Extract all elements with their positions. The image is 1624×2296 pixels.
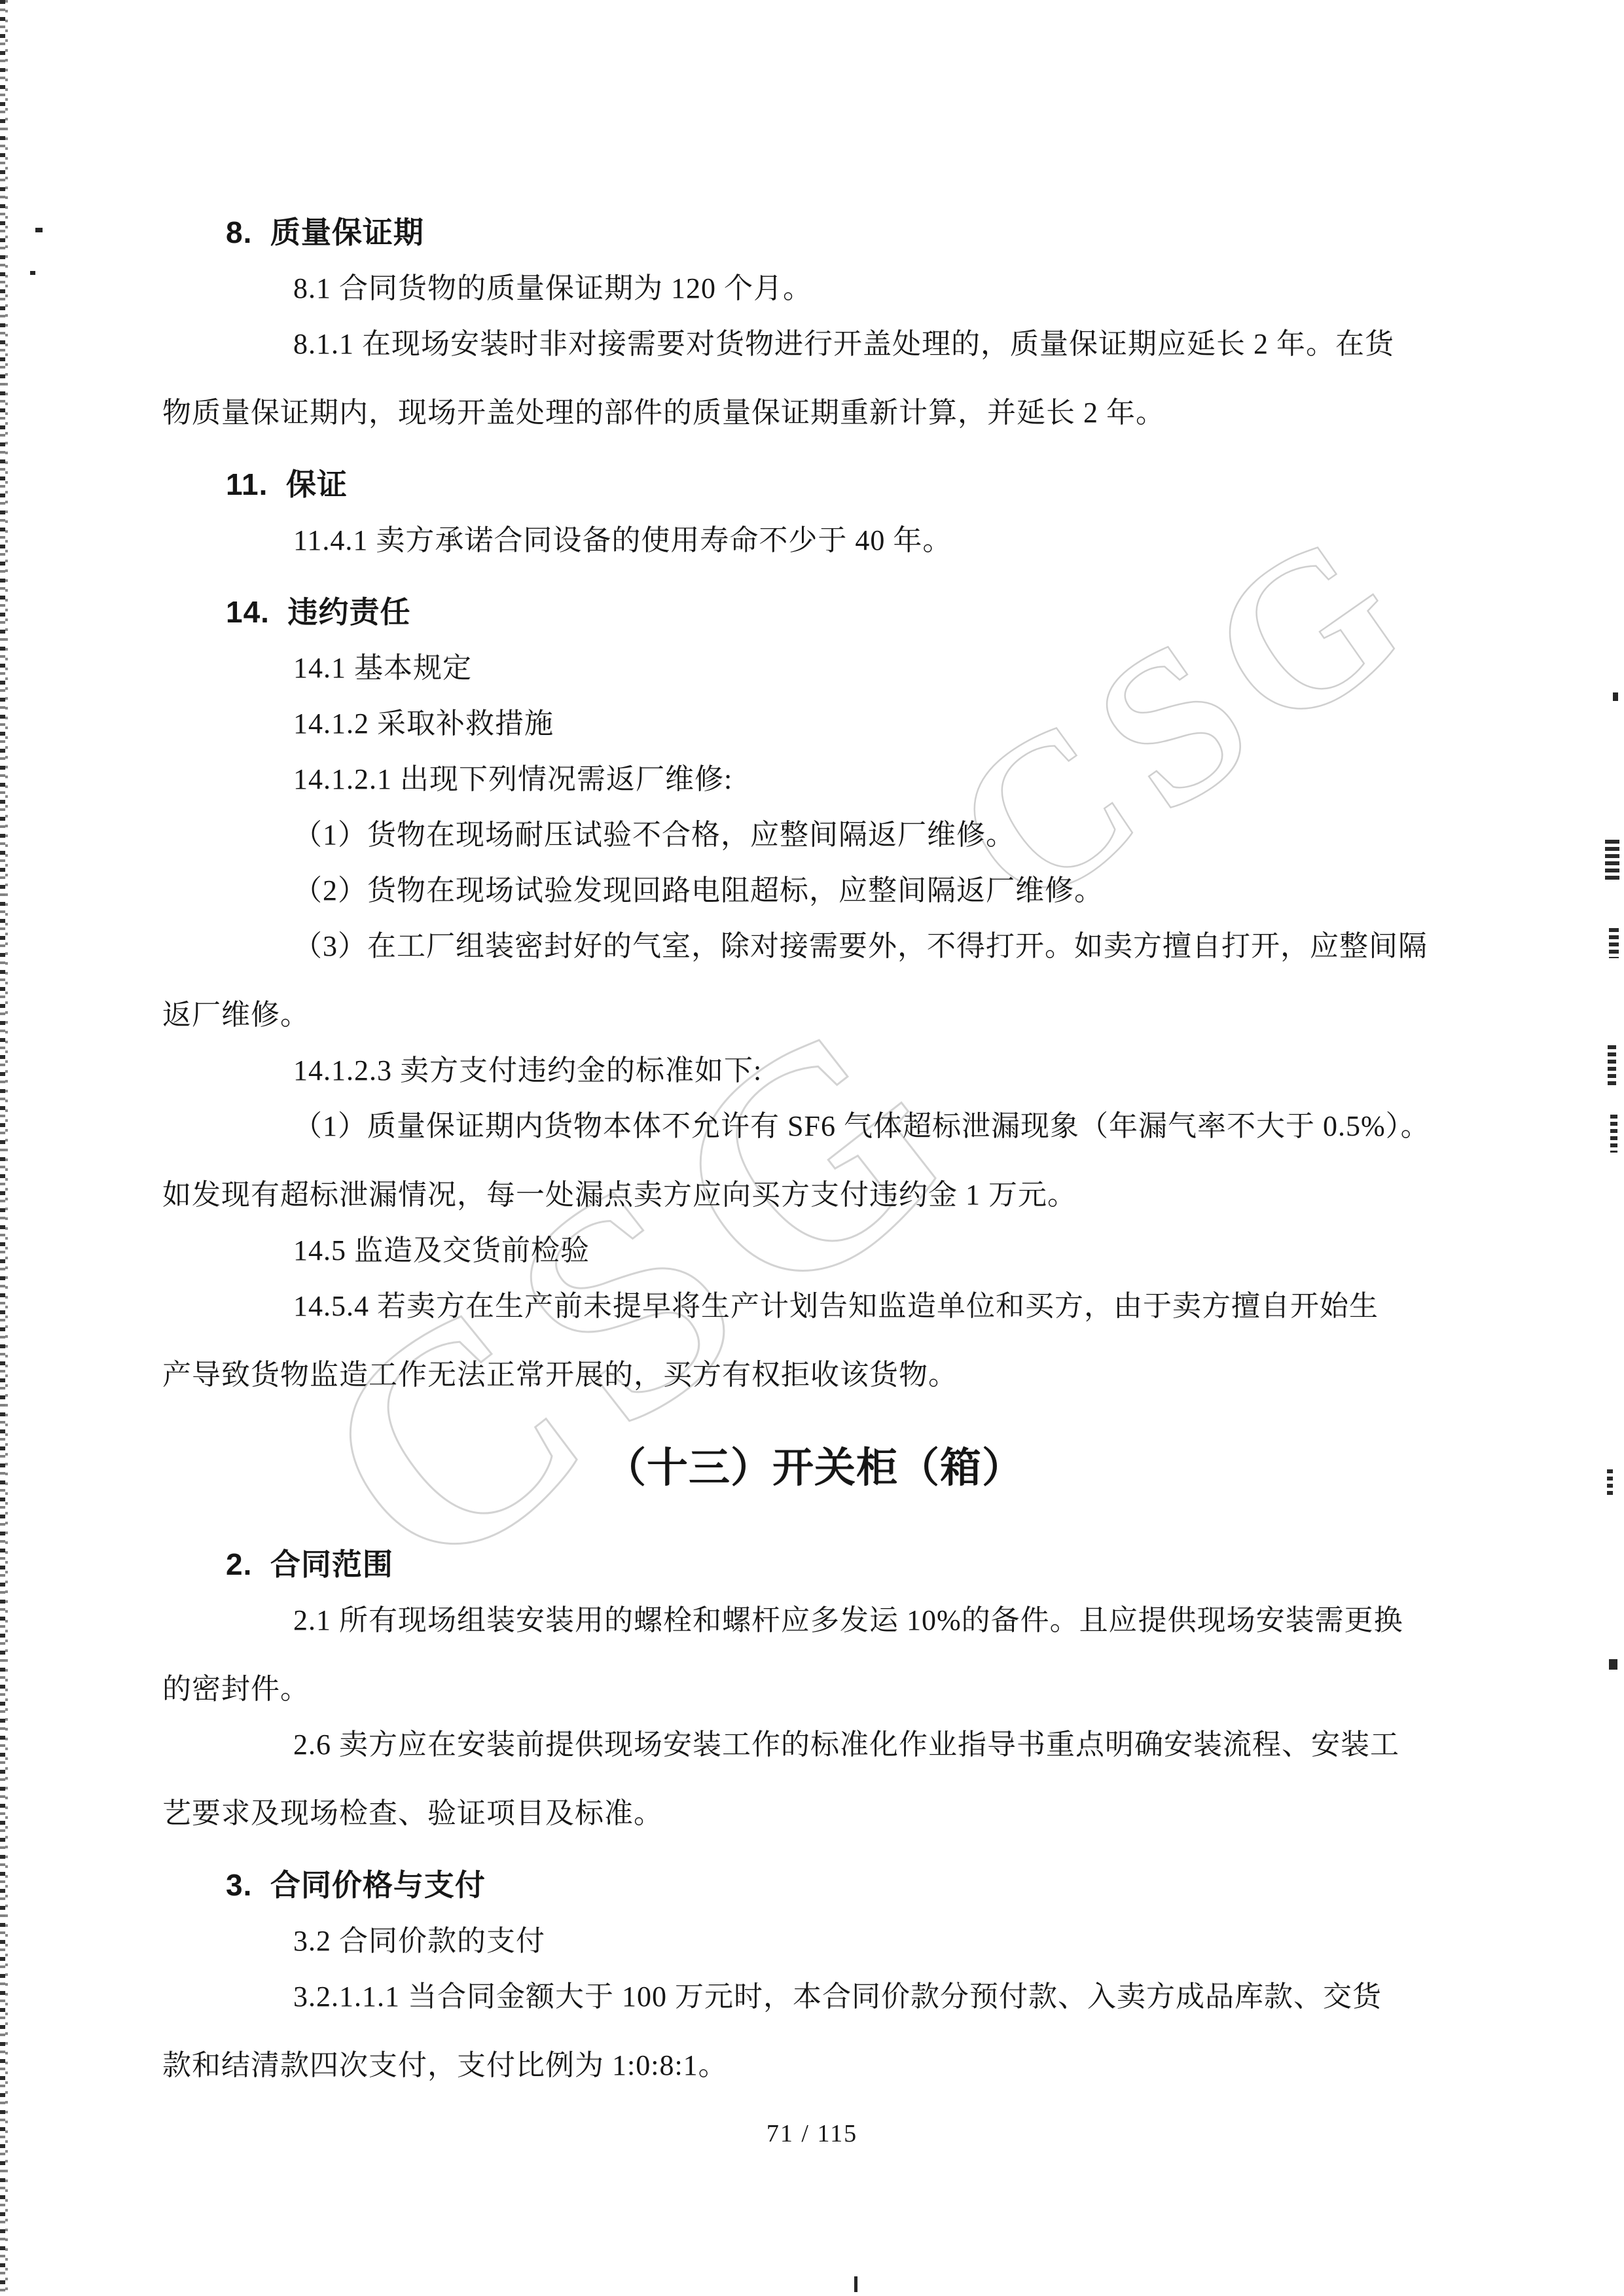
text-line: （3）在工厂组装密封好的气室，除对接需要外，不得打开。如卖方擅自打开，应整间隔 [162,918,1466,974]
text-line: 14.1 基本规定 [162,640,1466,696]
text-line: 14.1.2 采取补救措施 [162,696,1466,751]
text-line: 8.1 合同货物的质量保证期为 120 个月。 [162,260,1466,316]
scan-artifact [1605,840,1619,882]
scan-edge-noise [0,0,9,2296]
scan-artifact [1613,692,1618,701]
text-line: 2.1 所有现场组装安装用的螺栓和螺杆应多发运 10%的备件。且应提供现场安装需… [162,1592,1466,1648]
document-lines: 8. 质量保证期8.1 合同货物的质量保证期为 120 个月。8.1.1 在现场… [162,205,1466,2093]
text-line: 2.6 卖方应在安装前提供现场安装工作的标准化作业指导书重点明确安装流程、安装工 [162,1717,1466,1772]
section-heading: 14. 违约责任 [162,584,1466,640]
scan-artifact [30,271,35,275]
section-heading: 11. 保证 [162,457,1466,512]
text-line: 14.5.4 若卖方在生产前未提早将生产计划告知监造单位和买方，由于卖方擅自开始… [162,1278,1466,1334]
scan-artifact [1607,1469,1613,1497]
text-line: 11.4.1 卖方承诺合同设备的使用寿命不少于 40 年。 [162,512,1466,568]
scan-artifact [1609,928,1619,958]
text-line: 14.5 监造及交货前检验 [162,1223,1466,1278]
text-line: 如发现有超标泄漏情况，每一处漏点卖方应向买方支付违约金 1 万元。 [162,1167,1466,1223]
page-number: 71 / 115 [0,2119,1624,2148]
text-line: （1）质量保证期内货物本体不允许有 SF6 气体超标泄漏现象（年漏气率不大于 0… [162,1098,1466,1154]
text-line: （1）货物在现场耐压试验不合格，应整间隔返厂维修。 [162,807,1466,863]
text-line: 返厂维修。 [162,987,1466,1043]
section-heading: 8. 质量保证期 [162,205,1466,260]
section-heading: 3. 合同价格与支付 [162,1857,1466,1913]
text-line: 8.1.1 在现场安装时非对接需要对货物进行开盖处理的，质量保证期应延长 2 年… [162,316,1466,372]
scan-artifact [1609,1659,1617,1670]
section-heading: 2. 合同范围 [162,1537,1466,1592]
scan-artifact [1610,1115,1617,1153]
text-line: 物质量保证期内，现场开盖处理的部件的质量保证期重新计算，并延长 2 年。 [162,385,1466,440]
document-page: CSG CSG 8. 质量保证期8.1 合同货物的质量保证期为 120 个月。8… [0,0,1624,2296]
scan-artifact [35,228,43,232]
text-line: （2）货物在现场试验发现回路电阻超标，应整间隔返厂维修。 [162,863,1466,918]
text-line: 14.1.2.1 出现下列情况需返厂维修: [162,751,1466,807]
text-line: 的密封件。 [162,1661,1466,1717]
scan-artifact [1608,1045,1616,1088]
text-line: 3.2.1.1.1 当合同金额大于 100 万元时，本合同价款分预付款、入卖方成… [162,1969,1466,2024]
text-line: 14.1.2.3 卖方支付违约金的标准如下: [162,1043,1466,1098]
text-line: 款和结清款四次支付，支付比例为 1:0:8:1。 [162,2037,1466,2093]
scan-artifact [854,2276,857,2292]
chapter-title: （十三）开关柜（箱） [162,1432,1466,1504]
text-line: 3.2 合同价款的支付 [162,1913,1466,1969]
text-line: 产导致货物监造工作无法正常开展的，买方有权拒收该货物。 [162,1347,1466,1403]
text-line: 艺要求及现场检查、验证项目及标准。 [162,1785,1466,1841]
